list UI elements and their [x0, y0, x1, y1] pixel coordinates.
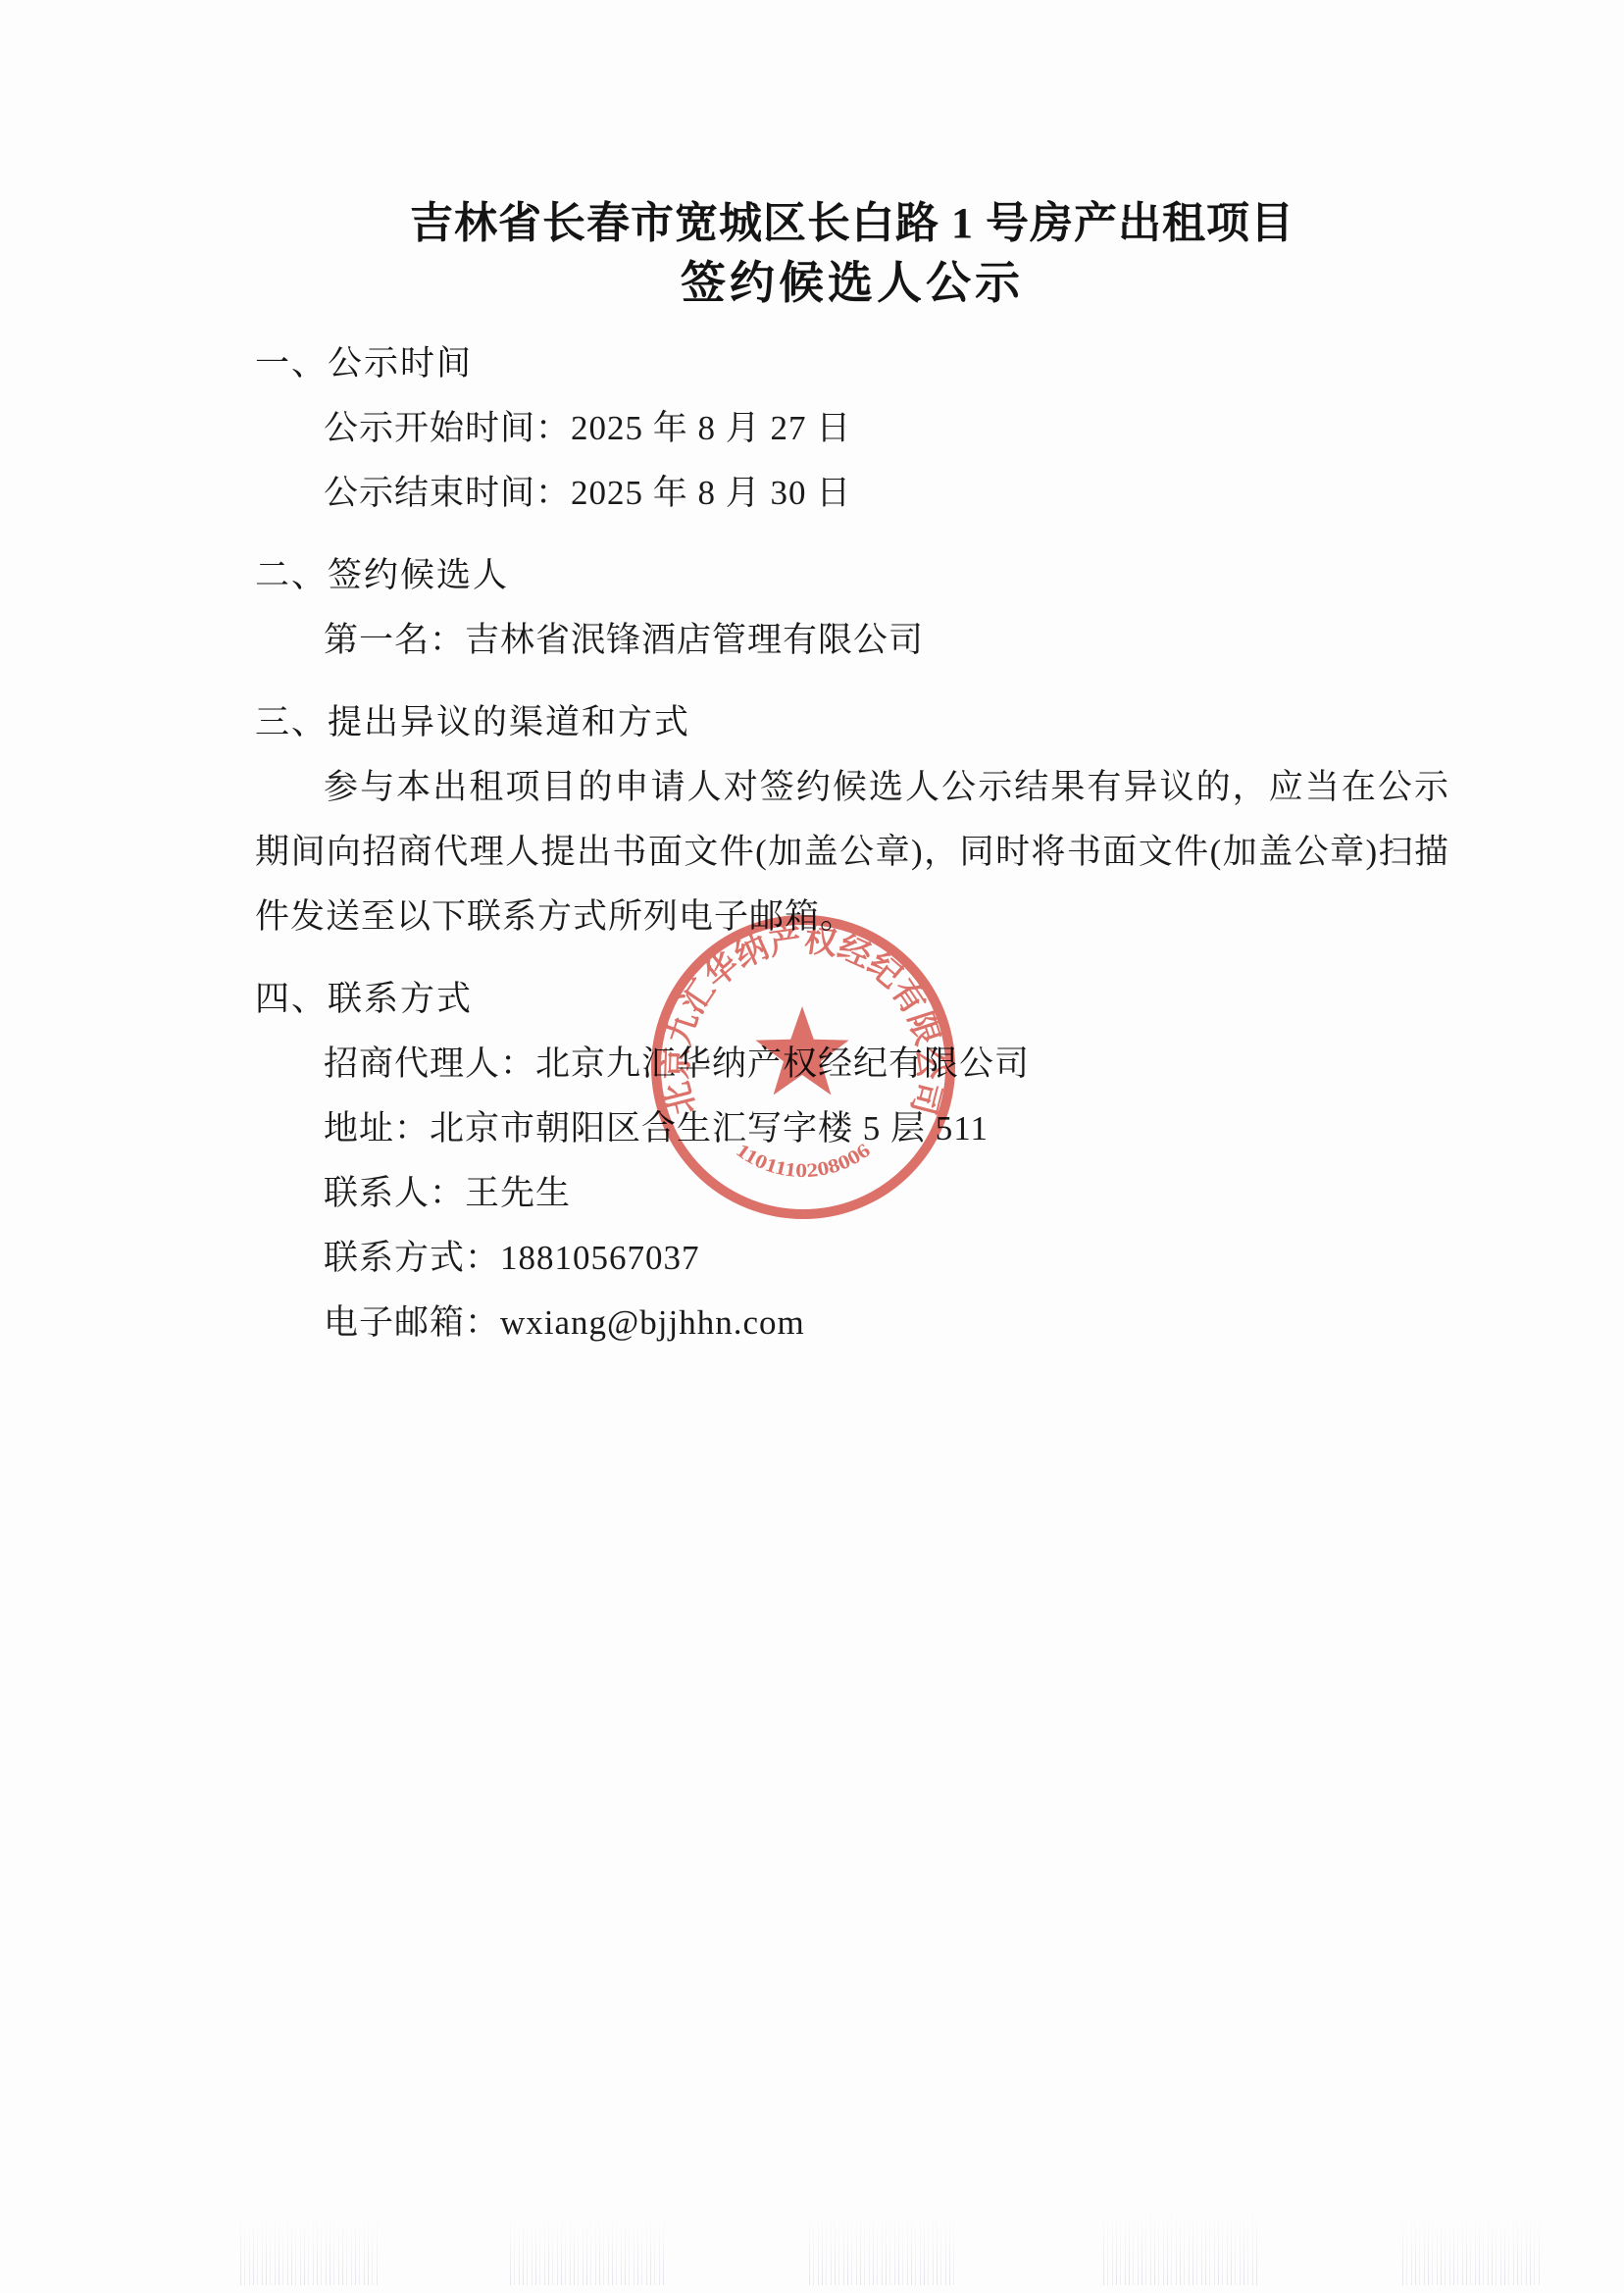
publicity-start-time: 公示开始时间：2025 年 8 月 27 日: [255, 396, 1449, 461]
first-candidate: 第一名：吉林省泯锋酒店管理有限公司: [255, 608, 1449, 673]
agent-address: 地址：北京市朝阳区合生汇写字楼 5 层 511: [255, 1096, 1449, 1161]
title-line-1: 吉林省长春市宽城区长白路 1 号房产出租项目: [255, 194, 1449, 253]
publicity-end-time: 公示结束时间：2025 年 8 月 30 日: [255, 461, 1449, 526]
document-title: 吉林省长春市宽城区长白路 1 号房产出租项目 签约候选人公示: [255, 194, 1449, 314]
section-objection: 三、提出异议的渠道和方式 参与本出租项目的申请人对签约候选人公示结果有异议的，应…: [255, 690, 1449, 949]
scanned-document-page: 吉林省长春市宽城区长白路 1 号房产出租项目 签约候选人公示 一、公示时间 公示…: [0, 0, 1624, 2293]
objection-paragraph: 参与本出租项目的申请人对签约候选人公示结果有异议的，应当在公示期间向招商代理人提…: [255, 755, 1449, 949]
agent-name: 招商代理人：北京九汇华纳产权经纪有限公司: [255, 1032, 1449, 1096]
scan-noise-artifact: [1103, 2212, 1260, 2285]
contact-person: 联系人：王先生: [255, 1161, 1449, 1226]
section-contact: 四、联系方式 招商代理人：北京九汇华纳产权经纪有限公司 地址：北京市朝阳区合生汇…: [255, 967, 1449, 1355]
scan-noise-artifact: [1402, 2217, 1540, 2285]
section-heading: 二、签约候选人: [255, 543, 1449, 608]
contact-phone: 联系方式：18810567037: [255, 1226, 1449, 1291]
section-candidate: 二、签约候选人 第一名：吉林省泯锋酒店管理有限公司: [255, 543, 1449, 673]
section-heading: 三、提出异议的渠道和方式: [255, 690, 1449, 755]
scan-noise-artifact: [809, 2215, 956, 2285]
scan-noise-artifact: [510, 2218, 667, 2285]
contact-email: 电子邮箱：wxiang@bjjhhn.com: [255, 1291, 1449, 1355]
document-body: 吉林省长春市宽城区长白路 1 号房产出租项目 签约候选人公示 一、公示时间 公示…: [255, 194, 1449, 1355]
title-line-2: 签约候选人公示: [255, 253, 1449, 314]
section-heading: 四、联系方式: [255, 967, 1449, 1032]
section-heading: 一、公示时间: [255, 331, 1449, 396]
section-publicity-time: 一、公示时间 公示开始时间：2025 年 8 月 27 日 公示结束时间：202…: [255, 331, 1449, 526]
scan-noise-artifact: [240, 2217, 378, 2285]
